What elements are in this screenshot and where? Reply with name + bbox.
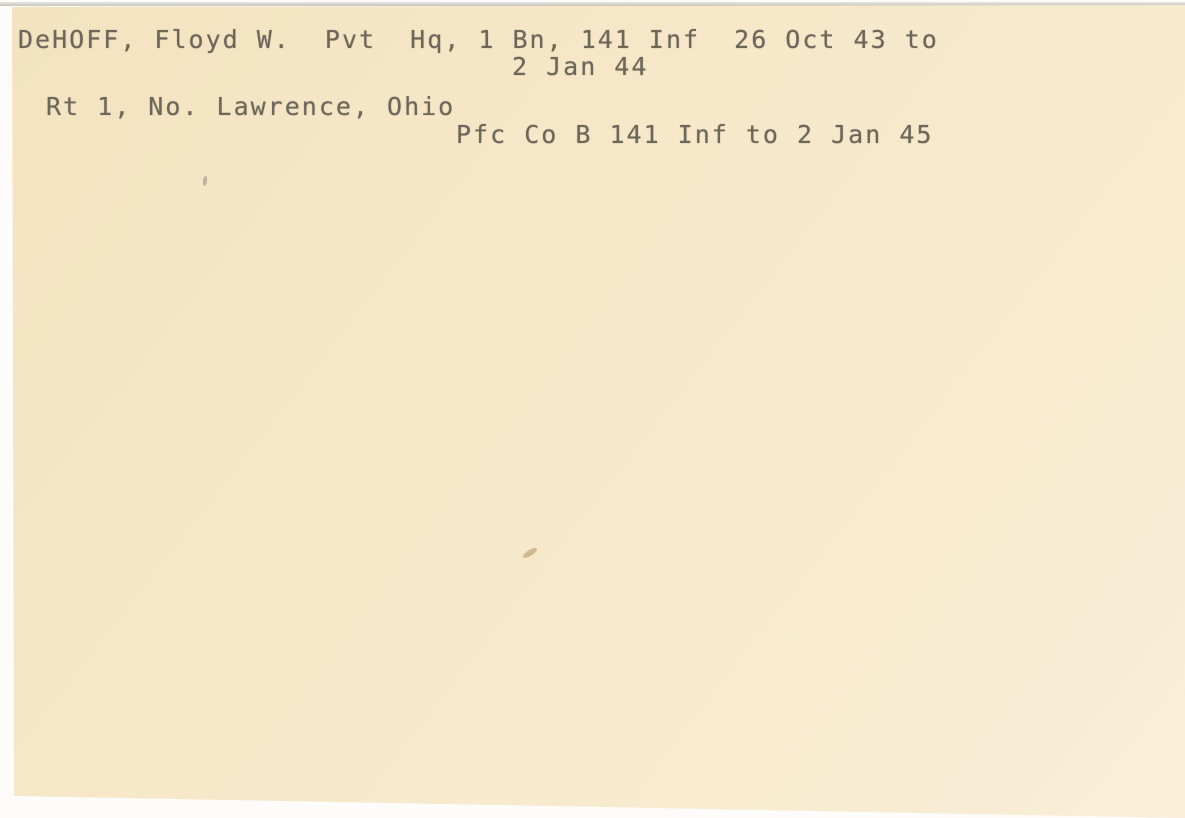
address-line: Rt 1, No. Lawrence, Ohio (46, 92, 455, 122)
paper-smudge (522, 546, 539, 560)
promotion-line: Pfc Co B 141 Inf to 2 Jan 45 (456, 120, 933, 150)
name-rank-unit-line: DeHOFF, Floyd W. Pvt Hq, 1 Bn, 141 Inf 2… (18, 25, 939, 55)
date-continuation-line: 2 Jan 44 (512, 52, 648, 82)
index-card: DeHOFF, Floyd W. Pvt Hq, 1 Bn, 141 Inf 2… (0, 0, 1185, 818)
paper-speck (202, 176, 207, 186)
scanned-page: DeHOFF, Floyd W. Pvt Hq, 1 Bn, 141 Inf 2… (0, 0, 1185, 818)
